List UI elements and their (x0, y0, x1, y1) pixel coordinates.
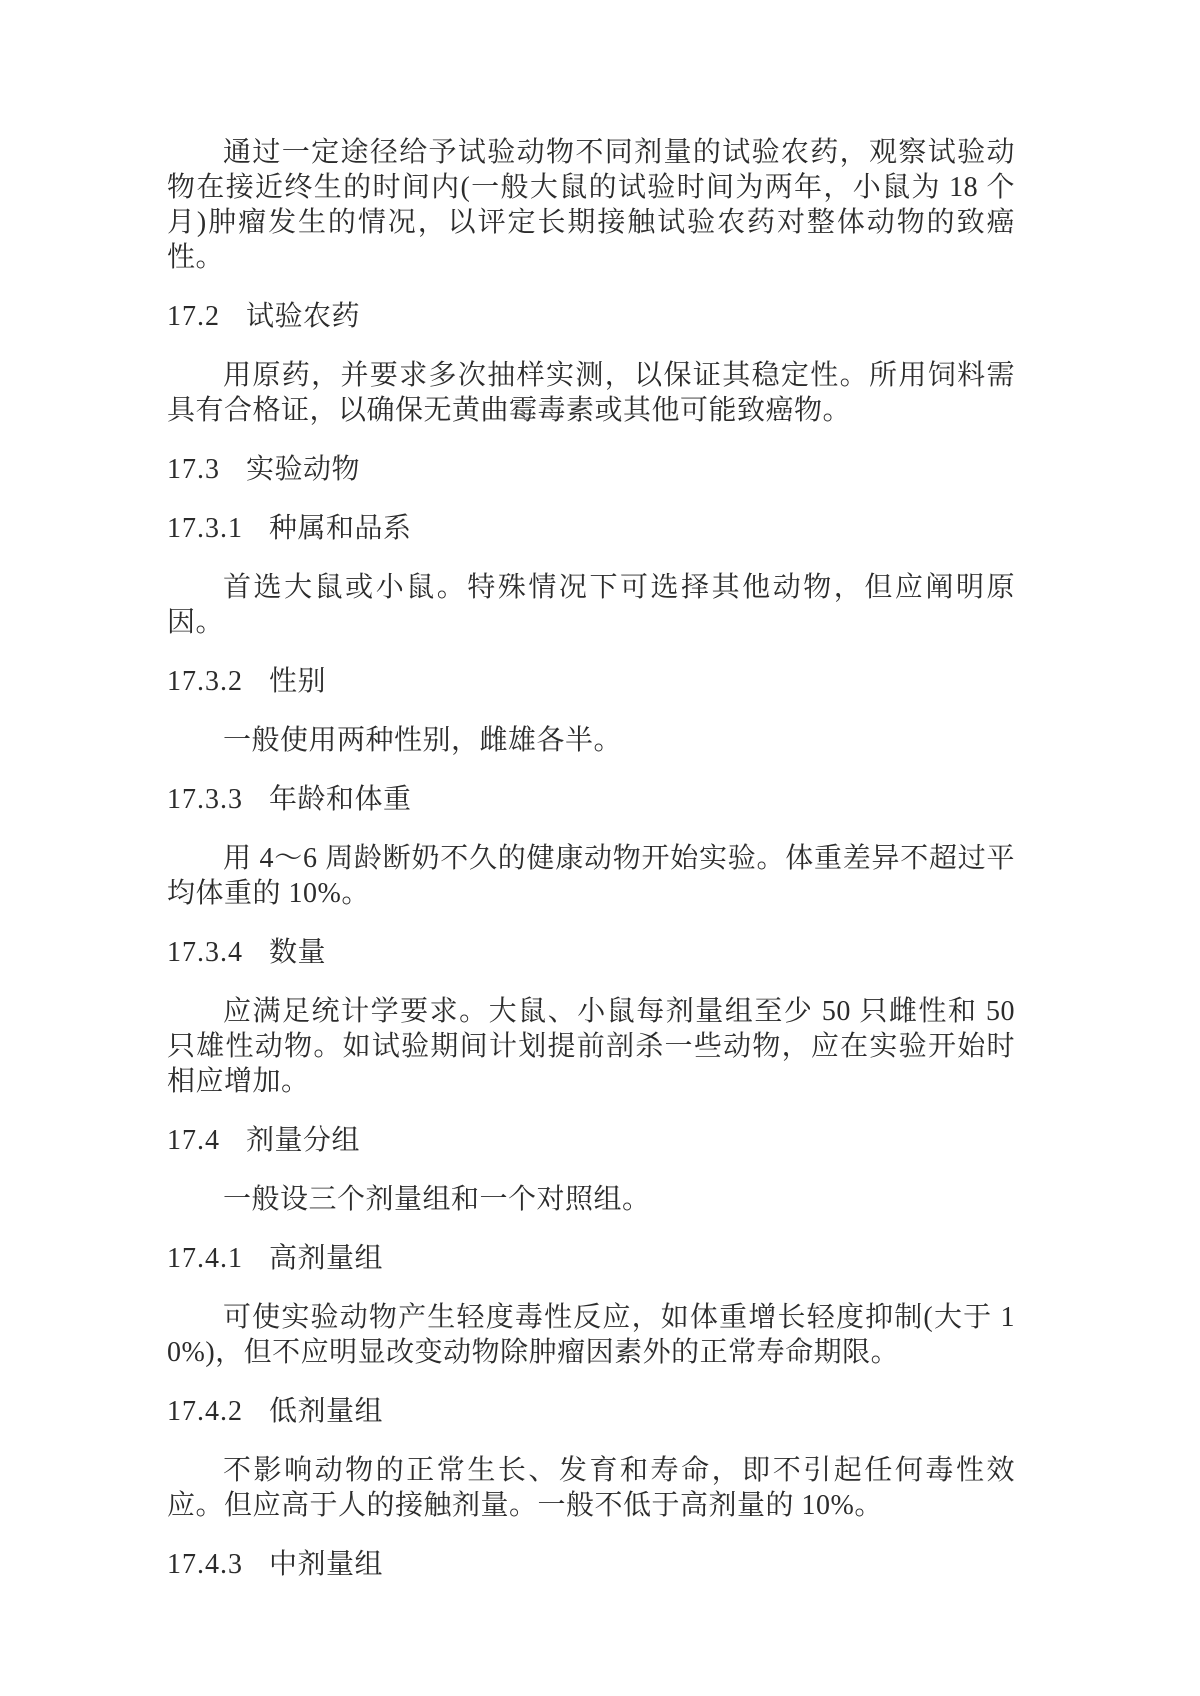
section-heading-17-4-1: 17.4.1高剂量组 (167, 1241, 1015, 1276)
paragraph-species-strain: 首选大鼠或小鼠。特殊情况下可选择其他动物，但应阐明原因。 (167, 570, 1015, 640)
section-number: 17.3.3 (167, 782, 243, 817)
section-number: 17.4 (167, 1123, 220, 1158)
section-number: 17.3.2 (167, 664, 243, 699)
intro-paragraph: 通过一定途径给予试验动物不同剂量的试验农药，观察试验动物在接近终生的时间内(一般… (167, 135, 1015, 275)
section-heading-17-4-2: 17.4.2低剂量组 (167, 1394, 1015, 1429)
document-page: 通过一定途径给予试验动物不同剂量的试验农药，观察试验动物在接近终生的时间内(一般… (0, 0, 1200, 1696)
section-heading-17-3-2: 17.3.2性别 (167, 664, 1015, 699)
section-number: 17.3.4 (167, 935, 243, 970)
paragraph-sex: 一般使用两种性别，雌雄各半。 (167, 723, 1015, 758)
section-title: 年龄和体重 (269, 784, 412, 815)
paragraph-low-dose: 不影响动物的正常生长、发育和寿命，即不引起任何毒性效应。但应高于人的接触剂量。一… (167, 1453, 1015, 1523)
section-number: 17.4.1 (167, 1241, 243, 1276)
section-heading-17-4-3: 17.4.3中剂量组 (167, 1547, 1015, 1582)
section-number: 17.4.2 (167, 1394, 243, 1429)
paragraph-test-pesticide: 用原药，并要求多次抽样实测，以保证其稳定性。所用饲料需具有合格证，以确保无黄曲霉… (167, 358, 1015, 428)
section-heading-17-3-1: 17.3.1种属和品系 (167, 511, 1015, 546)
section-heading-17-3-4: 17.3.4数量 (167, 935, 1015, 970)
section-title: 高剂量组 (269, 1243, 383, 1274)
paragraph-quantity: 应满足统计学要求。大鼠、小鼠每剂量组至少 50 只雌性和 50 只雄性动物。如试… (167, 994, 1015, 1099)
section-title: 种属和品系 (269, 513, 412, 544)
section-number: 17.2 (167, 299, 220, 334)
section-title: 数量 (269, 937, 326, 968)
section-heading-17-3: 17.3实验动物 (167, 452, 1015, 487)
section-heading-17-4: 17.4剂量分组 (167, 1123, 1015, 1158)
section-title: 剂量分组 (246, 1125, 360, 1156)
section-title: 低剂量组 (269, 1396, 383, 1427)
section-number: 17.3.1 (167, 511, 243, 546)
section-title: 试验农药 (246, 301, 360, 332)
section-title: 中剂量组 (269, 1549, 383, 1580)
paragraph-dose-groups: 一般设三个剂量组和一个对照组。 (167, 1182, 1015, 1217)
section-heading-17-2: 17.2试验农药 (167, 299, 1015, 334)
section-number: 17.4.3 (167, 1547, 243, 1582)
section-title: 性别 (269, 666, 326, 697)
section-title: 实验动物 (246, 454, 360, 485)
paragraph-high-dose: 可使实验动物产生轻度毒性反应，如体重增长轻度抑制(大于 10%)，但不应明显改变… (167, 1300, 1015, 1370)
section-heading-17-3-3: 17.3.3年龄和体重 (167, 782, 1015, 817)
section-number: 17.3 (167, 452, 220, 487)
page-content: 通过一定途径给予试验动物不同剂量的试验农药，观察试验动物在接近终生的时间内(一般… (167, 135, 1015, 1606)
paragraph-age-weight: 用 4～6 周龄断奶不久的健康动物开始实验。体重差异不超过平均体重的 10%。 (167, 841, 1015, 911)
